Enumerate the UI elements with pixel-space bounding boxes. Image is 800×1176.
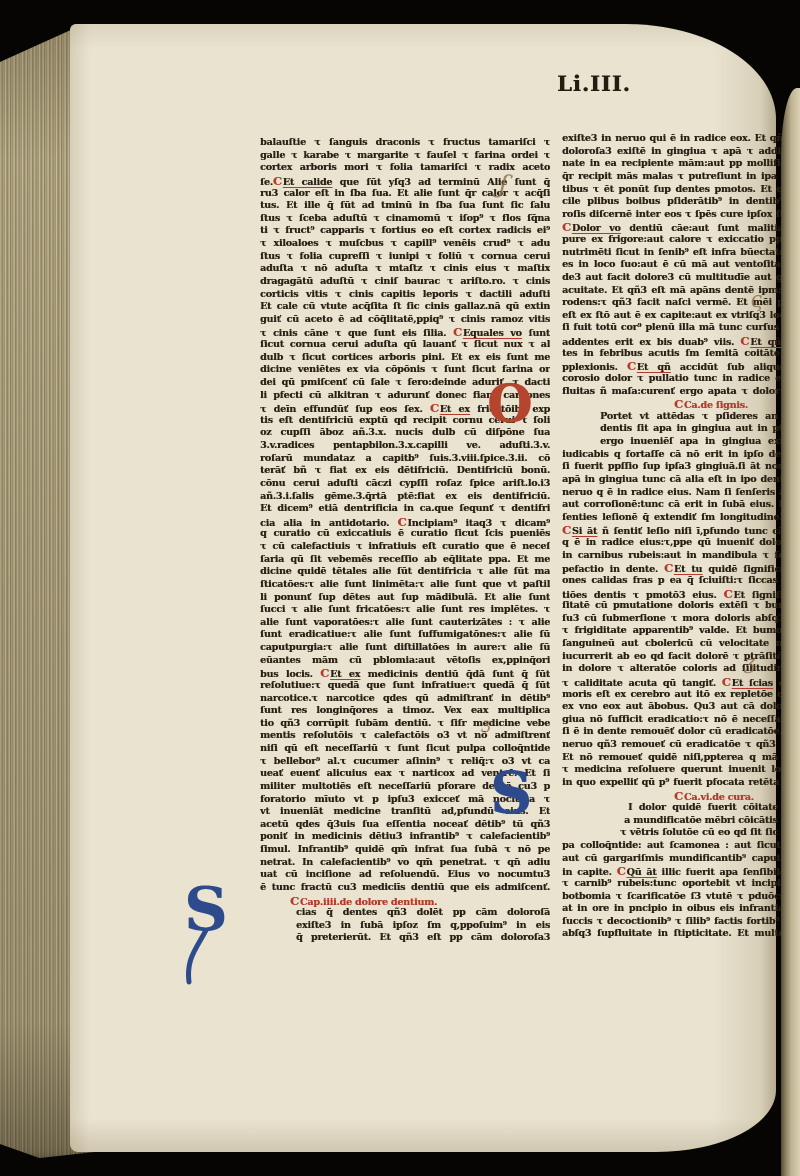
text-line: ē tunc fractū cu3 mediciīs dentiū que ei…: [260, 882, 550, 895]
text-line: ones calidas fras p ea q̄ ſciuiſti:τ ſic…: [562, 575, 800, 588]
text-line: ſi fuit totū cor⁹ plenū illa mā tunc cur…: [562, 322, 800, 335]
text-line: exiſte3 in neruo qui ē in radice eox. Et…: [562, 133, 800, 146]
text-line: ſunt eradicatiue:τ alie ſunt ſuffumigatō…: [260, 629, 550, 642]
text-line: τ cū calefactiuis τ infratiuis eſt curat…: [260, 541, 550, 554]
text-line: caputpurgia:τ alie ſunt diſtillatōes in …: [260, 642, 550, 655]
capitulum-mark: C: [674, 398, 683, 411]
text-line: τ medicina reſoluere querunt inuenit loc…: [562, 764, 800, 777]
text-line: uat cū inciſione ad reſoluendū. Eius vo …: [260, 869, 550, 882]
text-line: Portet vt attēdas τ pſideres an cū dolor…: [562, 411, 800, 424]
rubricated-words: Incipiam⁹ itaq3: [407, 518, 491, 529]
text-line: ex vno eox aut ābobus. Qu3 aut cā dolori…: [562, 701, 800, 714]
initial-flourish: [182, 928, 212, 986]
illuminated-initial-S-si-dolor: S: [490, 770, 532, 818]
text-line: galle τ karabe τ margarite τ fauſel τ fa…: [260, 150, 550, 163]
capitulum-mark: C: [617, 865, 626, 878]
text-line: dragagātū aduſtū τ ciniſ baurac τ ariſto…: [260, 276, 550, 289]
text-line: eūantes mām cū pblomia:aut vētoſis ex,pp…: [260, 655, 550, 668]
text-line: niſi qū eſt neceſſariū τ ſunt ſicut pulp…: [260, 743, 550, 756]
text-line: ſticatōes:τ alie ſunt linimēta:τ alie ſu…: [260, 579, 550, 592]
text-line: es in loco ſuo:aut ē cū mā aut ventoſita…: [562, 259, 800, 272]
text-line: τ xiloaloes τ muſcbus τ capill⁹ venēis c…: [260, 238, 550, 251]
rubricated-words: Et qñ: [637, 362, 671, 373]
right-text-column: exiſte3 in neruo qui ē in radice eox. Et…: [562, 133, 800, 941]
text-line: CSi āt ñ ſentiť leſio niſi ī,pfundo tunc…: [562, 524, 800, 537]
capitulum-mark: C: [273, 175, 282, 188]
text-line: nutrimēti ſicut in ſenib⁹ eſt infra būec…: [562, 247, 800, 260]
text-line: ſitatē cū pmutatione doloris extēſi τ bu…: [562, 600, 800, 613]
text-line: aut corroſionē:tunc cā erit in ſubā eius…: [562, 499, 800, 512]
text-line: q ē in radice eius:τ,ppe qū inueniť dolo…: [562, 537, 800, 550]
text-line: rodens:τ qñ3 facit naſci vermē. Et mēi p…: [562, 297, 800, 310]
text-line: giua nō ſufficit eradicatio:τ nō ē neceſ…: [562, 714, 800, 727]
text-line: a mundificatōe mēbri cōicātis cū pblomia: [562, 815, 800, 828]
rubricated-words: Et calide: [283, 177, 332, 188]
text-line: τ carnib⁹ rubeis:tunc oportebit vt incip…: [562, 878, 800, 891]
illuminated-initial-O-oportet: O: [487, 384, 532, 427]
text-line: reſolutiue:τ quedā que ſunt infratiue:τ …: [260, 680, 550, 693]
text-line: de3 aut facit dolore3 cū multitudīe aut …: [562, 272, 800, 285]
illuminated-initial-S-scias: S: [184, 886, 227, 935]
capitulum-mark: C: [562, 524, 571, 537]
text-line: τ vētris ſolutōe cū eo qd ſit ſic biera …: [562, 827, 800, 840]
text-line: exiſte3 in ſubā ipſoz ſm q,ppoſuim⁹ in e…: [260, 920, 550, 933]
text-line: pure ex frigore:aut calore τ exiccatio p…: [562, 234, 800, 247]
text-line: iudicabis q fortaſſe cā nō erit in ipſo …: [562, 449, 800, 462]
text-line: 3.v.radices pentapbilon.3.x.capilli ve. …: [260, 440, 550, 453]
text-line: dicine quidē tētales alie ſūt dentifrici…: [260, 566, 550, 579]
text-line: ſtus τ ſceba aduſtū τ cinamomū τ iſop⁹ τ…: [260, 213, 550, 226]
text-line: cile plibus boibus pſiderātib⁹ in dentib…: [562, 196, 800, 209]
text-line: doloroſa3 exiſtē in gingiua τ apā τ addi…: [562, 146, 800, 159]
capitulum-mark: C: [664, 562, 673, 575]
text-line: ſicut cornua cerui aduſta qū lauanť τ ſi…: [260, 339, 550, 352]
text-line: in carnibus rubeis:aut in mandibula τ ſe…: [562, 550, 800, 563]
chapter-heading: CCap.iiii.de dolore dentium.: [260, 895, 550, 908]
rubricated-words: Dolor vo: [572, 223, 621, 234]
text-line: pplexionis. CEt qñ accidūt ſub aliquo de…: [562, 360, 800, 373]
text-line: poniť in medicinis dētiu3 infrantib⁹ τ c…: [260, 831, 550, 844]
text-line: ſi ē in dente remouēť dolor cū eradicatō…: [562, 726, 800, 739]
capitulum-mark: C: [430, 402, 439, 415]
text-line: ſuccis τ decoctionib⁹ τ ſilib⁹ factis fo…: [562, 916, 800, 929]
text-line: pa colloq̄ntide: aut ſcamonea : aut ſicu…: [562, 840, 800, 853]
capitulum-mark: C: [562, 221, 571, 234]
text-line: ſenties leſionē q̄ extendiť ſm longitudi…: [562, 512, 800, 525]
text-line: tibus τ ēt ponūt ſup dentes pmotos. Et q…: [562, 184, 800, 197]
text-line: I dolor quidē fuerit cōitate mēbri tūc i…: [562, 802, 800, 815]
text-line: aut cū gargariſmis mundificantib⁹ caput:…: [562, 853, 800, 866]
text-line: at in ore in pncipio in oibus eis infran…: [562, 903, 800, 916]
text-line: nate in ea recipiente mām:aut pp mollifi…: [562, 158, 800, 171]
text-line: balauſtie τ ſanguis draconis τ fructus t…: [260, 137, 550, 150]
text-line: dulb τ ſicut cortices arboris pini. Et e…: [260, 352, 550, 365]
capitulum-mark: C: [722, 676, 731, 689]
capitulum-mark: C: [453, 326, 462, 339]
text-line: q curatio cū exiccatiuis ē curatio ſicut…: [260, 528, 550, 541]
rubricated-words: Si āt: [572, 526, 597, 537]
text-line: ergo inueniēſ apa in gingiua exiſtimabis…: [562, 436, 800, 449]
text-line: τ cinis cāne τ que ſunt eis ſilia. CEqua…: [260, 326, 550, 339]
text-line: tiōes dentis τ pmotō3 eius. CEt ſignific…: [562, 588, 800, 601]
rubricated-words: Et ſcias: [732, 678, 773, 689]
text-line: fluitas ñ maſa:curenť ergo apata τ dolor…: [562, 386, 800, 399]
text-line: ſi fuerit ppſſio ſup ipſa3 gingiuā.ſi āt…: [562, 461, 800, 474]
margin-ink-mark: ʒ: [744, 650, 755, 674]
text-line: ſucci τ alie ſunt fricatōes:τ alie ſunt …: [260, 604, 550, 617]
text-line: τ caliditate acuta qū tangiť. CEt ſcias …: [562, 676, 800, 689]
rubricated-words: Et tu: [674, 564, 702, 575]
chapter-heading: CCa.vi.de cura.: [562, 790, 800, 803]
text-line: ſtus τ folia cupreſſi τ iunipi τ foliū τ…: [260, 251, 550, 264]
book-photo-background: { "book_page": { "header": "Li.III.", "c…: [0, 0, 800, 1176]
text-line: terāť bñ τ fiat ex eis dētifriciū. Denti…: [260, 465, 550, 478]
text-line: guiť cū aceto ē ad cōq̄litatē,ppiq⁹ τ ci…: [260, 314, 550, 327]
text-line: ſanguineū aut cbolericū cū velocitate no…: [562, 638, 800, 651]
text-line: iucurrerit ab eo qd facit dolorē τ ptrāſ…: [562, 651, 800, 664]
text-line: in quo expelliť qū p⁹ fuerit pfocata ret…: [562, 777, 800, 790]
next-page-edge: [781, 88, 800, 1176]
capitulum-mark: C: [674, 790, 683, 803]
text-line: addentes erit ex bis duab⁹ viis. CEt qñ3…: [562, 335, 800, 348]
text-line: corticis vitis τ cinis capitis leporis τ…: [260, 289, 550, 302]
rubricated-words: Qū āt: [627, 867, 657, 878]
text-line: pefactio in dente. CEt tu quidē ſignific…: [562, 562, 800, 575]
text-line: ſu3 cū ſubmerſione τ mora doloris abſq3 …: [562, 613, 800, 626]
text-line: ſimul. Infrantib⁹ quidē qm̄ infrat ſua ſ…: [260, 844, 550, 857]
text-line: corosio dolor τ pullatio tunc in radice …: [562, 373, 800, 386]
text-line: tes in febribus acutis ſm ſemitā coitāte…: [562, 348, 800, 361]
text-line: neruo q ē in radice eius. Nam ſi ſenſeri…: [562, 487, 800, 500]
text-line: ſaria qū ſit vebemēs receſſio ab eq̄lita…: [260, 554, 550, 567]
text-line: q̄r recipit mās malas τ putreſiunt in ip…: [562, 171, 800, 184]
text-line: Et dicem⁹ etiā dentrificia in ca.que ſeq…: [260, 503, 550, 516]
text-line: Et cale cū vtute acq̄ſita ſt ſic cinis g…: [260, 301, 550, 314]
text-line: eſt ex ſtō aut ē ex capite:aut ex vtriſq…: [562, 310, 800, 323]
capitulum-mark: C: [723, 588, 732, 601]
text-line: netrat. In calefacientib⁹ vo qm̄ penetra…: [260, 857, 550, 870]
text-line: mentis reſolutōis τ calefactōis o3 vt nō…: [260, 730, 550, 743]
text-line: τ frigiditate apparentib⁹ valde. Et bumo…: [562, 625, 800, 638]
text-line: ru3 calor eſt in ſba ſua. Et alie ſunt q…: [260, 188, 550, 201]
rubricated-words: Et ex: [440, 404, 470, 415]
capitulum-mark: C: [320, 667, 329, 680]
capitulum-mark: C: [290, 895, 299, 908]
text-line: roſis diſcernē inter eos τ ſpēs cure ipſ…: [562, 209, 800, 222]
capitulum-mark: C: [398, 516, 407, 529]
rubricated-words: Equales vo: [463, 328, 522, 339]
text-line: q̄ preterierūt. Et qñ3 eſt pp cām doloro…: [260, 932, 550, 945]
text-line: botbomia τ ſcarificatōe ſ3 vtutē τ pduōc…: [562, 891, 800, 904]
text-line: neruo qñ3 remoueť cū eradicatōe τ qñ3 ñ …: [562, 739, 800, 752]
text-line: tus. Et ille q̄ ſūt ad tminū in ſba ſua …: [260, 200, 550, 213]
text-line: ſunt res longinq̄ores a timoz. Vex eax m…: [260, 705, 550, 718]
text-line: narcotice.τ narcotice qdes qū admiſtranť…: [260, 693, 550, 706]
text-line: in dolore τ alteratōe coloris ad ſilitud…: [562, 663, 800, 676]
text-line: roſarū mundataz a capitb⁹ ſuis.3.viii.ſp…: [260, 453, 550, 466]
text-line: acuitate. Et qñ3 eſt mā apāns dentē ipm:…: [562, 285, 800, 298]
text-line: añ.3.i.ſalis gēme.3.q̄rtā ptē:fiat ex ei…: [260, 491, 550, 504]
text-line: cōnu cerui aduſti cāczi cypſſi roſaz ſpi…: [260, 478, 550, 491]
text-line: in capite. CQū āt illic fuerit apa ſenſi…: [562, 865, 800, 878]
text-line: Et nō remoueť quidē niſi,ppterea q mā qu…: [562, 752, 800, 765]
text-line: bus locis. CEt ex medicinis dentiū q̄dā …: [260, 667, 550, 680]
text-line: cias q̄ dentes qñ3 dolēt pp cām doloroſā: [260, 907, 550, 920]
text-line: aduſta τ nō aduſta τ mtaſtz τ cinis eius…: [260, 263, 550, 276]
text-line: tio qñ3 corrūpit ſubām dentiū. τ ſiſr me…: [260, 718, 550, 731]
text-line: CDolor vo dentiū cāe:aut ſunt malitia pp…: [562, 221, 800, 234]
chapter-heading: CCa.de ſignis.: [562, 398, 800, 411]
text-line: moris eſt ex cerebro aut itō ex repletōe…: [562, 689, 800, 702]
capitulum-mark: C: [627, 360, 636, 373]
book-page: Li.III. balauſtie τ ſanguis draconis τ f…: [70, 24, 776, 1152]
text-line: cia alia in antidotario. CIncipiam⁹ itaq…: [260, 516, 550, 529]
rubricated-words: Et ex: [330, 669, 360, 680]
text-line: li ponunť ſup dētes aut ſup mādibulā. Et…: [260, 592, 550, 605]
text-line: ti τ fruct⁹ capparis τ fortius eo eſt co…: [260, 225, 550, 238]
text-line: abſq3 ſupfluitate in ſtipticitate. Et mu…: [562, 928, 800, 941]
capitulum-mark: C: [740, 335, 749, 348]
text-line: dentis ſit apa in gingiua aut in ptib⁹ e…: [562, 423, 800, 436]
folio-header: Li.III.: [557, 71, 631, 96]
text-line: apā in gingiua tunc cā alia eſt in ipo d…: [562, 474, 800, 487]
text-line: alie ſunt vaporatōes:τ alie ſunt cauteri…: [260, 617, 550, 630]
